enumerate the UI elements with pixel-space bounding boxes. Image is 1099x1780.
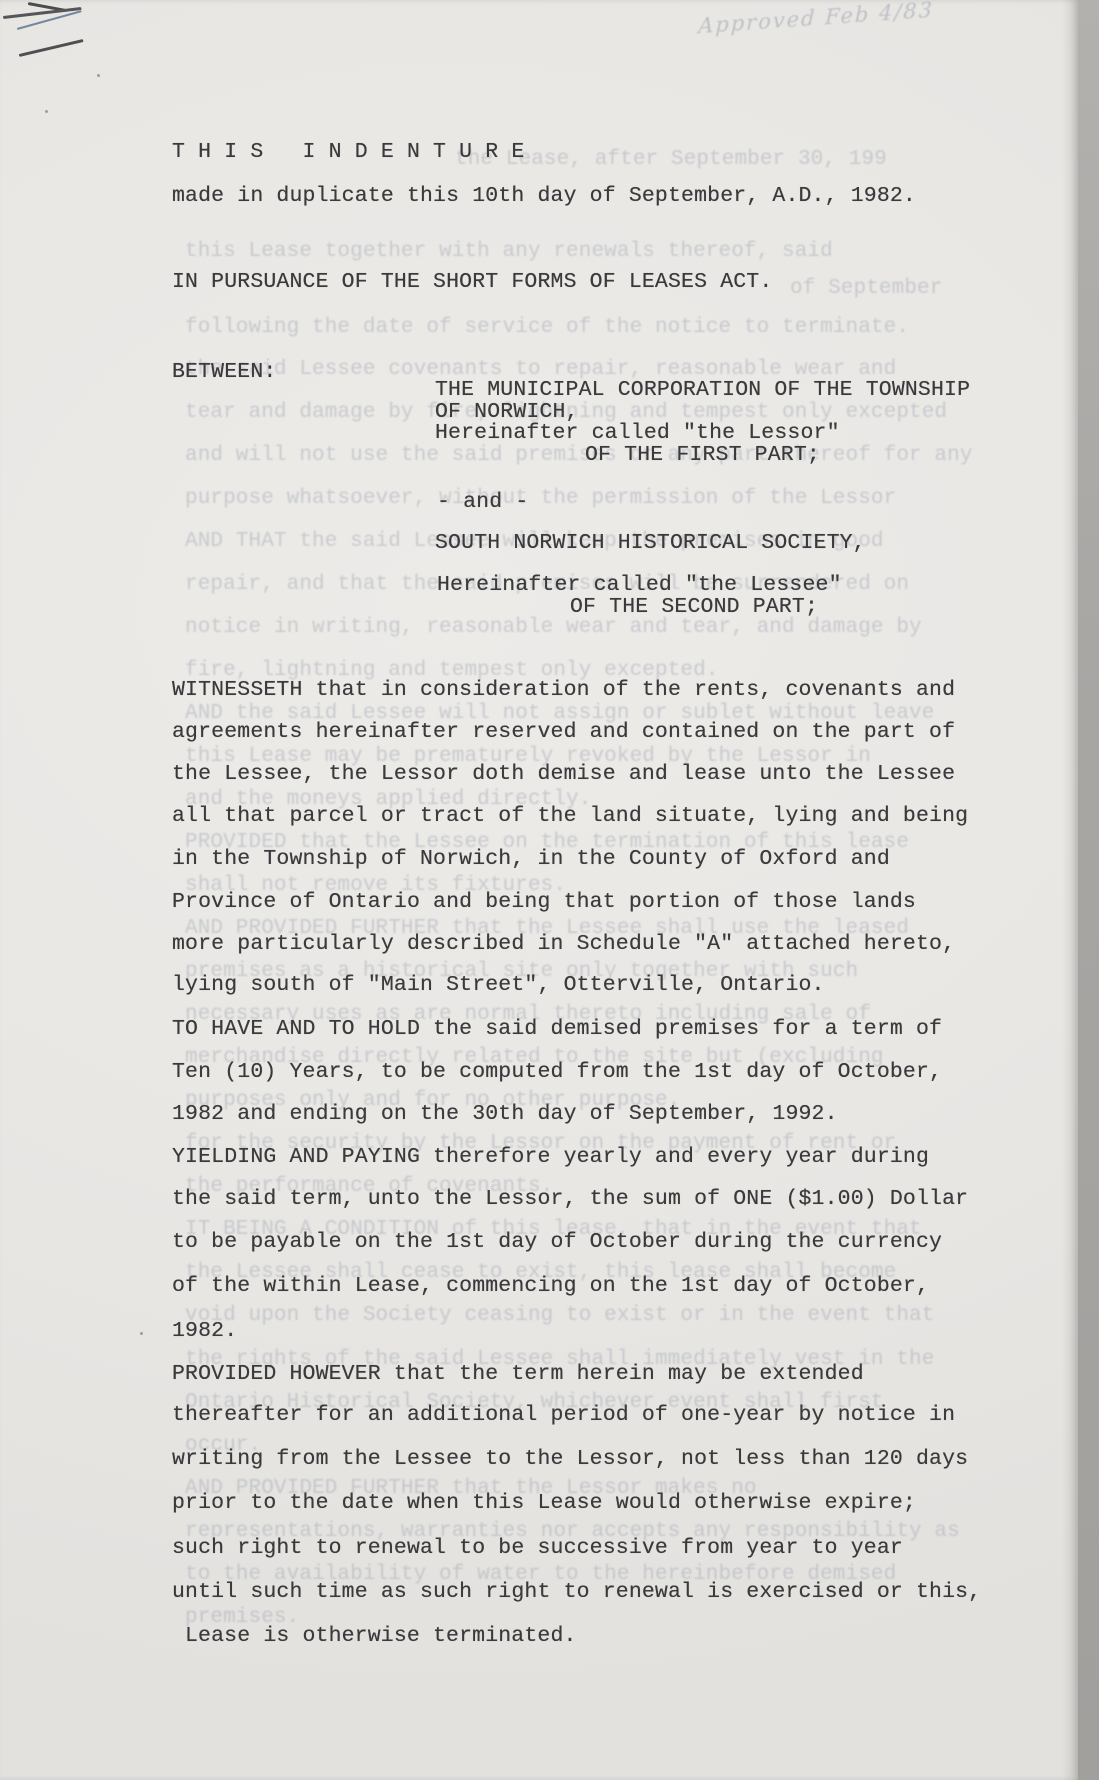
typed-line: agreements hereinafter reserved and cont…	[172, 720, 955, 744]
typed-line: made in duplicate this 10th day of Septe…	[172, 184, 916, 208]
dust-speck	[140, 1332, 143, 1335]
typed-line: OF THE FIRST PART;	[585, 443, 820, 467]
dust-speck	[97, 74, 100, 77]
typed-line: THE MUNICIPAL CORPORATION OF THE TOWNSHI…	[435, 378, 970, 402]
typed-line: until such time as such right to renewal…	[172, 1580, 981, 1604]
typed-line: PROVIDED HOWEVER that the term herein ma…	[172, 1362, 864, 1386]
ghost-line: void upon the Society ceasing to exist o…	[185, 1304, 934, 1328]
typed-line: Province of Ontario and being that porti…	[172, 890, 916, 914]
typed-line: lying south of "Main Street", Otterville…	[172, 973, 825, 997]
typed-line: prior to the date when this Lease would …	[172, 1491, 916, 1515]
typed-line: Hereinafter called "the Lessee"	[437, 573, 842, 597]
typed-line: Ten (10) Years, to be computed from the …	[172, 1060, 942, 1084]
typed-line: IN PURSUANCE OF THE SHORT FORMS OF LEASE…	[172, 270, 772, 294]
typed-line: the said term, unto the Lessor, the sum …	[172, 1187, 968, 1211]
typed-line: 1982.	[172, 1319, 237, 1343]
ghost-line: notice in writing, reasonable wear and t…	[185, 616, 922, 640]
typed-line: OF THE SECOND PART;	[570, 595, 818, 619]
scanned-lease-document: Approved Feb 4/83 the Lease, after Septe…	[0, 0, 1099, 1780]
typed-line: of the within Lease, commencing on the 1…	[172, 1274, 929, 1298]
ghost-line: following the date of service of the not…	[185, 316, 909, 340]
typed-line: Lease is otherwise terminated.	[185, 1624, 577, 1648]
ghost-line: purpose whatsoever, without the permissi…	[185, 487, 896, 511]
page-edge-shadow	[1062, 0, 1078, 1780]
typed-line: T H I S I N D E N T U R E	[172, 140, 524, 164]
typed-line: BETWEEN:	[172, 360, 276, 384]
typed-line: thereafter for an additional period of o…	[172, 1403, 955, 1427]
typed-line: SOUTH NORWICH HISTORICAL SOCIETY,	[435, 531, 866, 555]
typed-line: such right to renewal to be successive f…	[172, 1536, 903, 1560]
typed-line: TO HAVE AND TO HOLD the said demised pre…	[172, 1017, 942, 1041]
ghost-line: of September	[790, 277, 942, 301]
typed-line: - and -	[437, 490, 528, 514]
ghost-line: and will not use the said premises or an…	[185, 444, 973, 468]
typed-line: Hereinafter called "the Lessor"	[435, 421, 840, 445]
typed-line: 1982 and ending on the 30th day of Septe…	[172, 1102, 838, 1126]
dust-speck	[45, 110, 48, 113]
ghost-line: this Lease together with any renewals th…	[185, 240, 833, 264]
typed-line: YIELDING AND PAYING therefore yearly and…	[172, 1145, 929, 1169]
typed-line: all that parcel or tract of the land sit…	[172, 804, 968, 828]
typed-line: in the Township of Norwich, in the Count…	[172, 847, 890, 871]
typed-line: writing from the Lessee to the Lessor, n…	[172, 1447, 968, 1471]
handwritten-date-note: Approved Feb 4/83	[698, 0, 935, 38]
typed-line: more particularly described in Schedule …	[172, 932, 955, 956]
typed-line: WITNESSETH that in consideration of the …	[172, 678, 955, 702]
typed-line: to be payable on the 1st day of October …	[172, 1230, 942, 1254]
typed-line: the Lessee, the Lessor doth demise and l…	[172, 762, 955, 786]
staple-mark	[19, 39, 84, 57]
scanned-document-page: Approved Feb 4/83 the Lease, after Septe…	[0, 0, 1078, 1780]
